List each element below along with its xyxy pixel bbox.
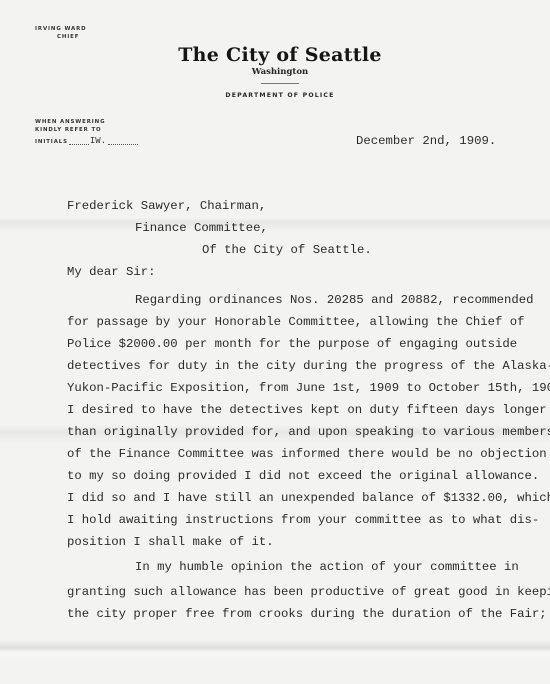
body-line: I desired to have the detectives kept on…: [67, 399, 550, 421]
body-line: the city proper free from crooks during …: [67, 603, 550, 625]
addressee-line-3: Of the City of Seattle.: [202, 243, 372, 258]
body-line: granting such allowance has been product…: [67, 581, 550, 603]
chief-title: Chief: [57, 34, 79, 40]
body-line: to my so doing provided I did not exceed…: [67, 465, 550, 487]
initials-dotted-line: [69, 138, 89, 145]
body-line: Regarding ordinances Nos. 20285 and 2088…: [67, 289, 550, 311]
city-title: The City of Seattle: [170, 44, 390, 66]
body-line: detectives for duty in the city during t…: [67, 355, 550, 377]
salutation: My dear Sir:: [67, 265, 156, 280]
initials-value: IW.: [90, 137, 106, 145]
addressee-line-2: Finance Committee,: [135, 221, 268, 236]
department-name: Department of Police: [170, 92, 390, 99]
letter-body: Regarding ordinances Nos. 20285 and 2088…: [67, 289, 550, 625]
body-line: Police $2000.00 per month for the purpos…: [67, 333, 550, 355]
letter-date: December 2nd, 1909.: [356, 134, 496, 149]
chief-name: Irving Ward: [35, 26, 87, 32]
body-line: for passage by your Honorable Committee,…: [67, 311, 550, 333]
body-line: I hold awaiting instructions from your c…: [67, 509, 550, 531]
initials-row: Initials IW.: [35, 137, 138, 145]
body-line: I did so and I have still an unexpended …: [67, 487, 550, 509]
addressee-line-1: Frederick Sawyer, Chairman,: [67, 199, 266, 214]
state-name: Washington: [170, 67, 390, 77]
body-line: In my humble opinion the action of your …: [67, 553, 550, 581]
body-line: than originally provided for, and upon s…: [67, 421, 550, 443]
refer-note-line-2: kindly refer to: [35, 127, 102, 133]
masthead: The City of Seattle Washington Departmen…: [170, 44, 390, 99]
body-line: position I shall make of it.: [67, 531, 550, 553]
initials-dotted-line: [108, 138, 138, 145]
body-line: Yukon-Pacific Exposition, from June 1st,…: [67, 377, 550, 399]
body-line: of the Finance Committee was informed th…: [67, 443, 550, 465]
letter-page: Irving Ward Chief The City of Seattle Wa…: [0, 0, 550, 684]
initials-label: Initials: [35, 139, 68, 145]
refer-note-line-1: When answering: [35, 119, 105, 125]
masthead-divider: [261, 83, 299, 84]
